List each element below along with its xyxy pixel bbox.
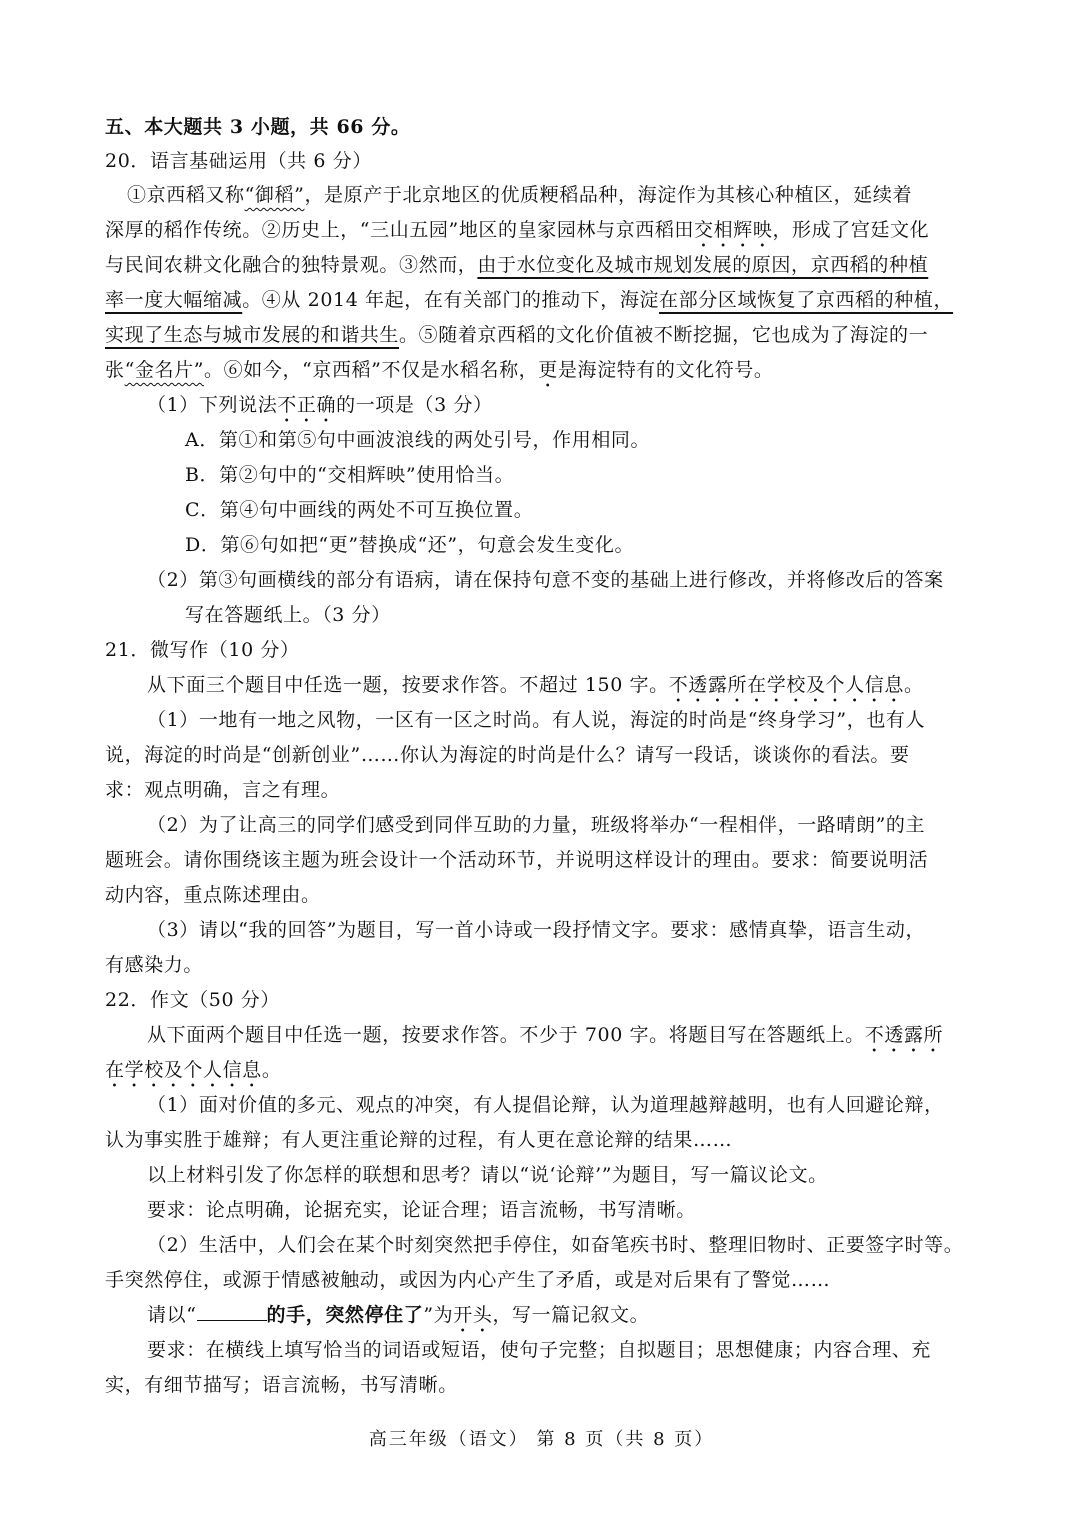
text: ”为 [423,1304,453,1326]
q21-intro: 从下面三个题目中任选一题，按要求作答。不超过 150 字。不透露所在学校及个人信… [147,670,924,707]
q20-sub2-line-1: （2）第③句画横线的部分有语病，请在保持句意不变的基础上进行修改，并将修改后的答… [147,565,944,595]
emphasis-dotted-term: 不透露所在学校及个人信息 [669,674,904,696]
text: ，形成了宫廷文化 [772,219,929,241]
option-d: D．第⑥句如把“更”替换成“还”，句意会发生变化。 [185,530,634,560]
text: 深厚的稻作传统。②历史上，“三山五园”地区的皇家园林与京西稻田 [105,219,694,241]
section-title: 五、本大题共 3 小题，共 66 分。 [105,112,411,142]
q22-topic2-line-1: （2）生活中，人们会在某个时刻突然把手停住，如奋笔疾书时、整理旧物时、正要签字时… [147,1230,963,1260]
underlined-phrase: 在部分区域恢复了京西稻的种植， [659,289,953,311]
q21-topic1-line-1: （1）一地有一地之风物，一区有一区之时尚。有人说，海淀的时尚是“终身学习”，也有… [147,705,925,735]
underlined-phrase: 由于水位变化及城市规划发展的原因，京西稻的种植 [477,254,928,276]
q21-heading: 21．微写作（10 分） [105,635,300,665]
q20-passage-line-2: 深厚的稻作传统。②历史上，“三山五园”地区的皇家园林与京西稻田交相辉映，形成了宫… [105,215,929,252]
page-footer: 高三年级（语文） 第 8 页（共 8 页） [0,1425,1083,1451]
q20-sub2-line-2: 写在答题纸上。（3 分） [185,600,391,630]
q21-topic1-line-2: 说，海淀的时尚是“创新创业”……你认为海淀的时尚是什么？请写一段话，谈谈你的看法… [105,740,910,770]
text: 的一项是（3 分） [336,394,493,416]
text: 请以“ [147,1304,197,1326]
text: （1）下列说法 [147,394,277,416]
q22-heading: 22．作文（50 分） [105,985,280,1015]
text: 。④从 2014 年起，在有关部门的推动下，海淀 [242,289,659,311]
bold-phrase: 的手，突然停住了 [267,1304,424,1326]
q20-passage-line-1: ①京西稻又称“御稻”，是原产于北京地区的优质粳稻品种，海淀作为其核心种植区，延续… [127,180,912,210]
q20-passage-line-6: 张“金名片”。⑥如今，“京西稻”不仅是水稻名称，更是海淀特有的文化符号。 [105,355,774,392]
option-a: A．第①和第⑤句中画波浪线的两处引号，作用相同。 [185,425,650,455]
text: 。⑥如今，“京西稻”不仅是水稻名称， [204,359,538,381]
text: 。 [262,1059,282,1081]
wavy-underlined-term: “御稻” [245,184,305,206]
q22-topic2-requirement-line-2: 实，有细节描写；语言流畅，书写清晰。 [105,1370,458,1400]
emphasis-dotted-term: 不透露所 [865,1024,943,1046]
text: 与民间农耕文化融合的独特景观。③然而， [105,254,477,276]
emphasis-dotted-term: 在学校及个人信息 [105,1059,262,1081]
q21-topic2-line-2: 题班会。请你围绕该主题为班会设计一个活动环节，并说明这样设计的理由。要求：简要说… [105,845,928,875]
q22-topic1-line-1: （1）面对价值的多元、观点的冲突，有人提倡论辩，认为道理越辩越明，也有人回避论辩… [147,1090,944,1120]
text: 。⑤随着京西稻的文化价值被不断挖掘，它也成为了海淀的一 [399,324,928,346]
emphasis-dotted-term: 更 [538,359,558,381]
text: 从下面两个题目中任选一题，按要求作答。不少于 700 字。将题目写在答题纸上。 [147,1024,865,1046]
text: ，写一篇记叙文。 [492,1304,649,1326]
q20-heading: 20．语言基础运用（共 6 分） [105,146,372,176]
option-c: C．第④句中画线的两处不可互换位置。 [185,495,533,525]
q22-topic2-line-2: 手突然停住，或源于情感被触动，或因为内心产生了矛盾，或是对后果有了警觉…… [105,1265,830,1295]
emphasis-dotted-term: 交相辉映 [694,219,772,241]
text: 是海淀特有的文化符号。 [558,359,774,381]
text: ，是原产于北京地区的优质粳稻品种，海淀作为其核心种植区，延续着 [304,184,912,206]
underlined-phrase: 率一度大幅缩减 [105,289,242,311]
text: 从下面三个题目中任选一题，按要求作答。不超过 150 字。 [147,674,669,696]
q20-passage-line-4: 率一度大幅缩减。④从 2014 年起，在有关部门的推动下，海淀在部分区域恢复了京… [105,285,953,315]
q20-sub1-stem: （1）下列说法不正确的一项是（3 分） [147,390,493,427]
q21-topic2-line-3: 动内容，重点陈述理由。 [105,880,321,910]
text: ①京西稻又称 [127,184,245,206]
emphasis-dotted-term: 不正确 [277,394,336,416]
q21-topic3-line-2: 有感染力。 [105,950,203,980]
q21-topic3-line-1: （3）请以“我的回答”为题目，写一首小诗或一段抒情文字。要求：感情真挚，语言生动… [147,915,925,945]
emphasis-dotted-term: 开头 [453,1304,492,1326]
q22-intro-line-1: 从下面两个题目中任选一题，按要求作答。不少于 700 字。将题目写在答题纸上。不… [147,1020,943,1057]
text: 。 [904,674,924,696]
fill-in-blank-line [197,1302,267,1321]
text: 张 [105,359,125,381]
q20-passage-line-5: 实现了生态与城市发展的和谐共生。⑤随着京西稻的文化价值被不断挖掘，它也成为了海淀… [105,320,928,350]
option-b: B．第②句中的“交相辉映”使用恰当。 [185,460,514,490]
q22-topic2-prompt: 请以“的手，突然停住了”为开头，写一篇记叙文。 [147,1300,649,1337]
q22-topic1-line-2: 认为事实胜于雄辩；有人更注重论辩的过程，有人更在意论辩的结果…… [105,1125,732,1155]
q22-intro-line-2: 在学校及个人信息。 [105,1055,281,1092]
underlined-phrase: 实现了生态与城市发展的和谐共生 [105,324,399,346]
q22-topic2-requirement-line-1: 要求：在横线上填写恰当的词语或短语，使句子完整；自拟题目；思想健康；内容合理、充 [147,1335,931,1365]
q22-topic1-requirement: 要求：论点明确，论据充实，论证合理；语言流畅，书写清晰。 [147,1195,696,1225]
q20-passage-line-3: 与民间农耕文化融合的独特景观。③然而，由于水位变化及城市规划发展的原因，京西稻的… [105,250,928,280]
wavy-underlined-term: “金名片” [125,359,204,381]
q21-topic2-line-1: （2）为了让高三的同学们感受到同伴互助的力量，班级将举办“一程相伴，一路晴朗”的… [147,810,925,840]
q22-topic1-prompt: 以上材料引发了你怎样的联想和思考？请以“说‘论辩’”为题目，写一篇议论文。 [147,1160,828,1190]
q21-topic1-line-3: 求：观点明确，言之有理。 [105,775,340,805]
